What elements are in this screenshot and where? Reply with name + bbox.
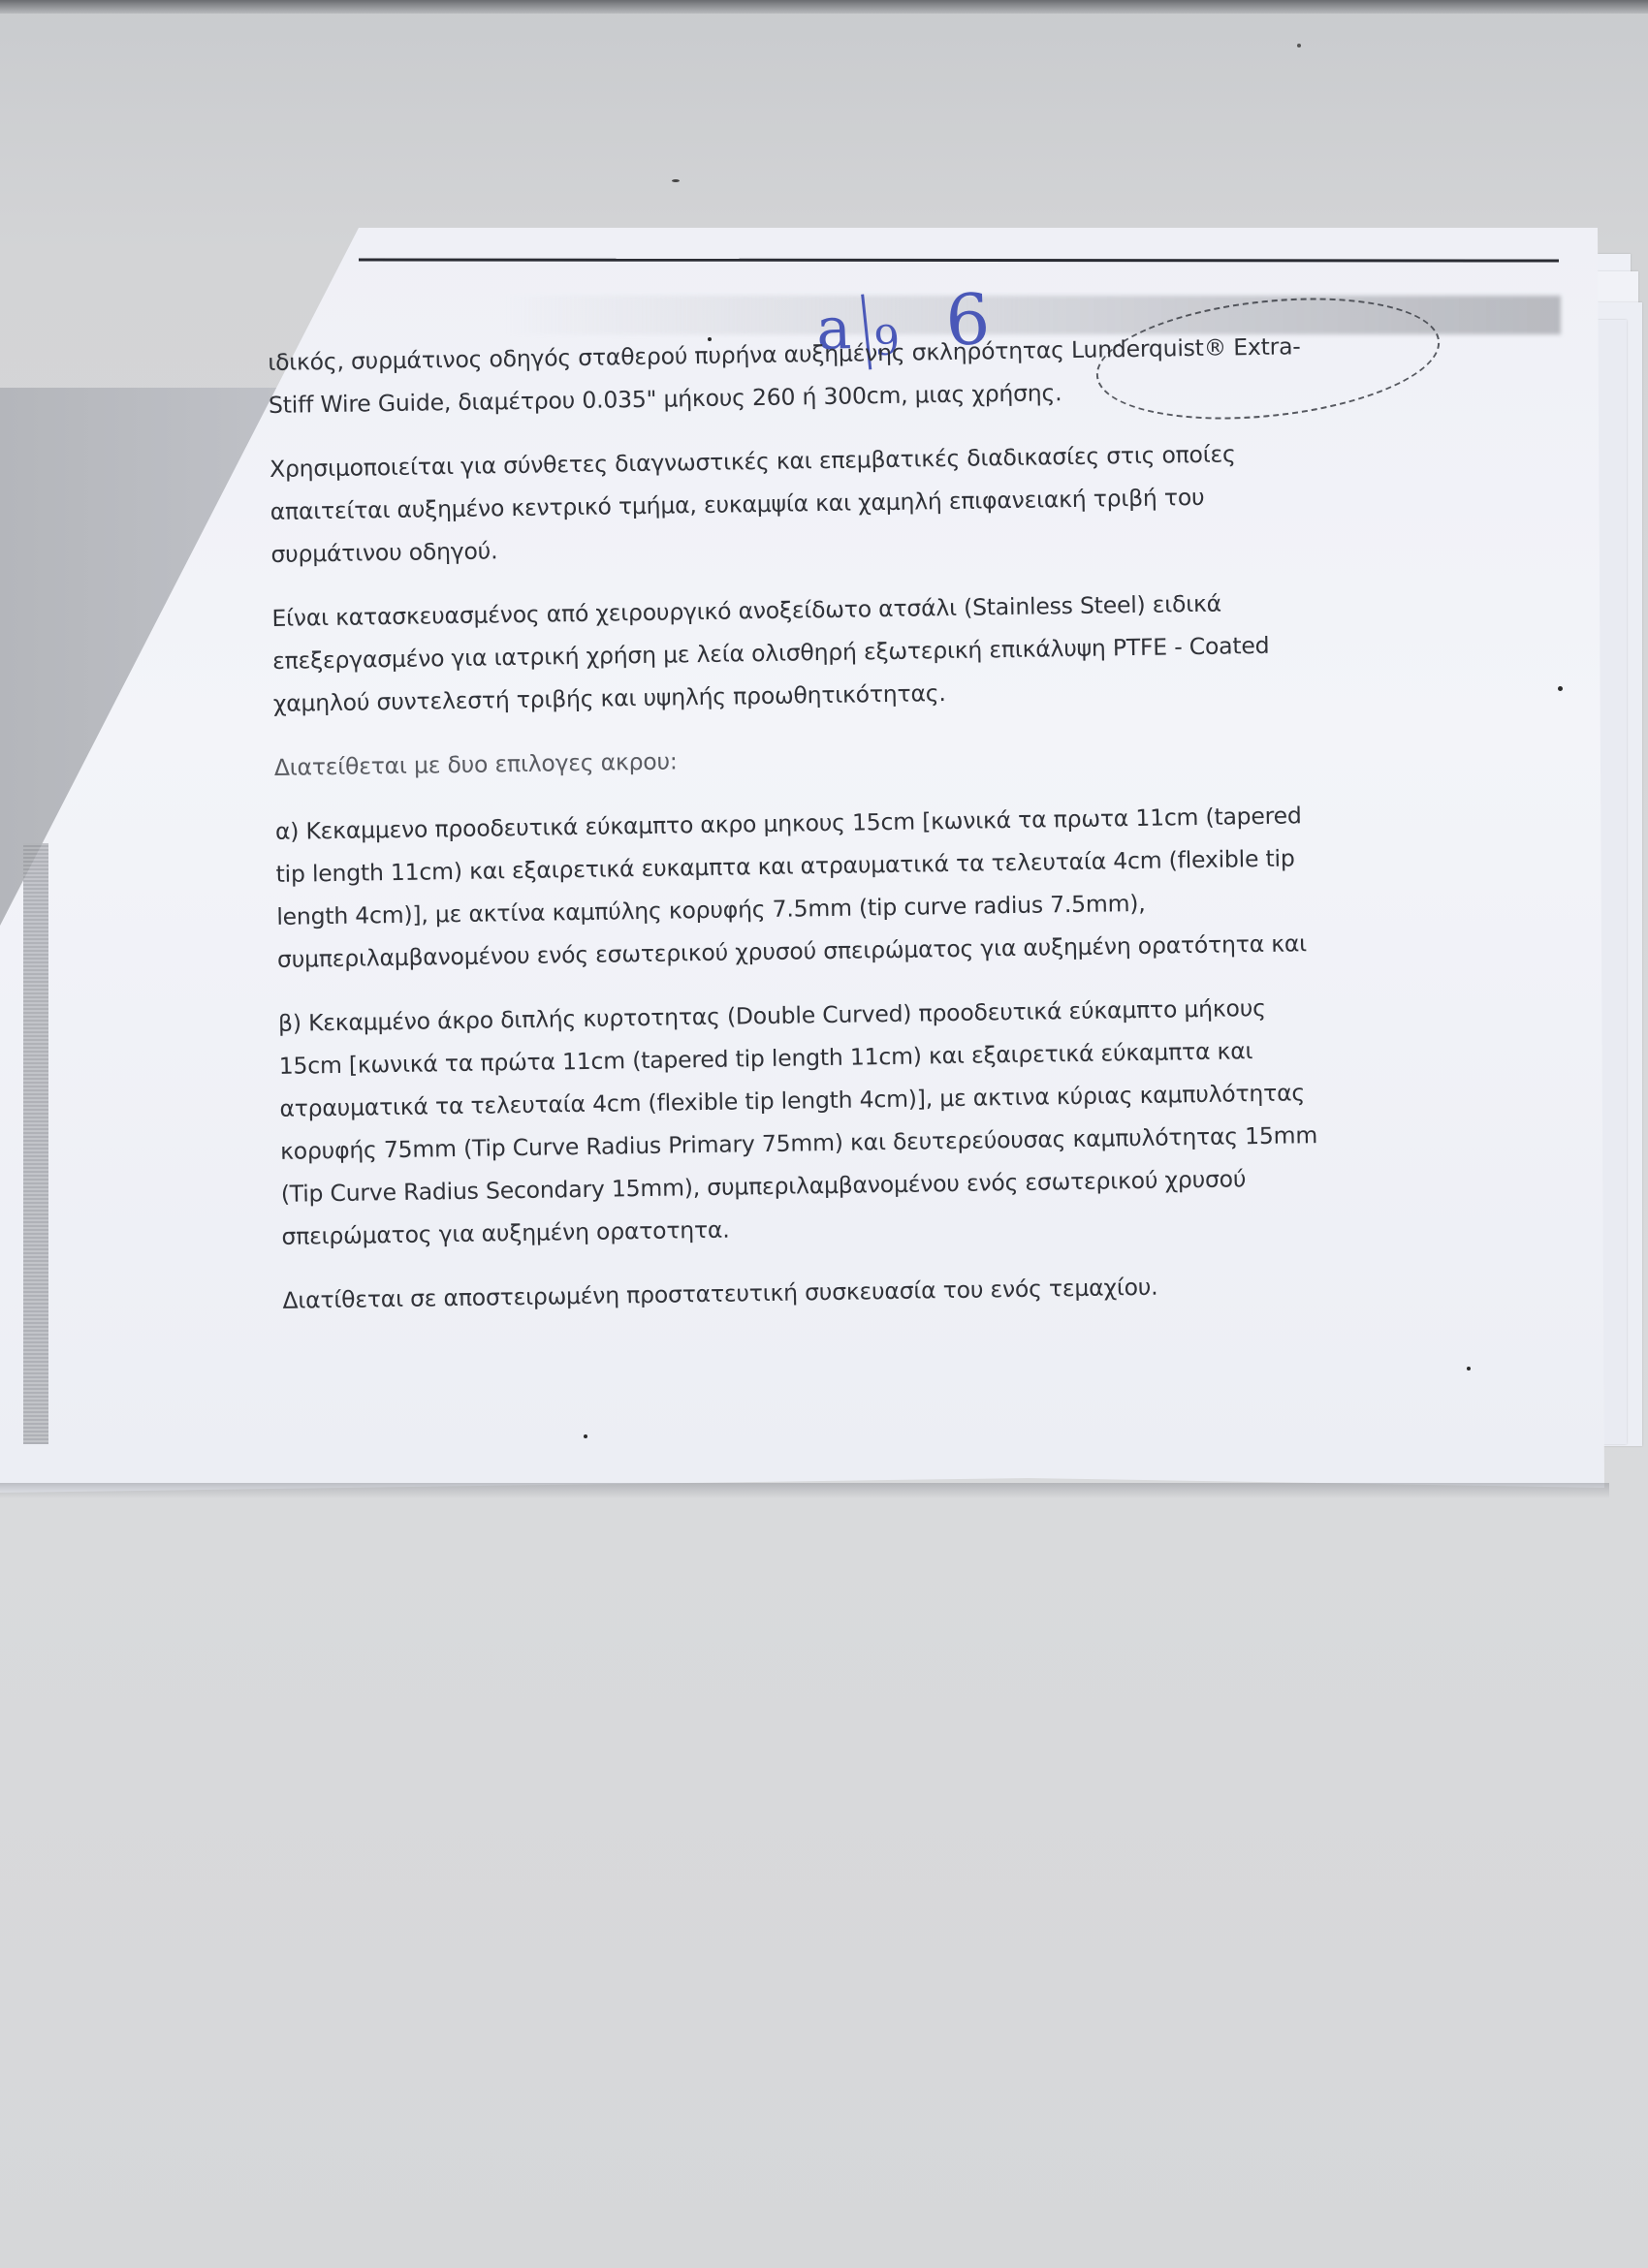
paragraph-option-b: β) Κεκαμμένο άκρο διπλής κυρτοτητας (Dou… xyxy=(278,984,1426,1258)
text-line: Διατίθεται σε αποστειρωμένη προστατευτικ… xyxy=(282,1261,1427,1322)
dust-speck xyxy=(1558,686,1563,691)
paragraph-usage: Χρησιμοποιείται για σύνθετες διαγνωστικέ… xyxy=(269,429,1415,576)
scanner-edge xyxy=(0,0,1648,14)
paragraph-option-a: α) Κεκαμμενο προοδευτικά εύκαμπτο ακρο μ… xyxy=(275,792,1422,981)
paragraph-packaging: Διατίθεται σε αποστειρωμένη προστατευτικ… xyxy=(282,1261,1427,1322)
dust-speck xyxy=(672,179,680,182)
dust-speck xyxy=(584,1434,587,1438)
sheet-shadow xyxy=(0,1483,1609,1498)
dust-speck xyxy=(1467,1367,1471,1370)
scan-artifact-strip xyxy=(23,843,48,1444)
text-line: Διατείθεται με δυο επιλογες ακρου: xyxy=(274,728,1419,789)
paragraph-options-intro: Διατείθεται με δυο επιλογες ακρου: xyxy=(274,728,1419,789)
document-body: ιδικός, συρμάτινος οδηγός σταθερού πυρήν… xyxy=(268,323,1427,1342)
dust-speck xyxy=(1297,44,1301,47)
paragraph-material: Είναι κατασκευασμένος από χειρουργικό αν… xyxy=(271,579,1417,725)
paragraph-title: ιδικός, συρμάτινος οδηγός σταθερού πυρήν… xyxy=(268,323,1412,426)
dust-speck xyxy=(708,337,712,341)
